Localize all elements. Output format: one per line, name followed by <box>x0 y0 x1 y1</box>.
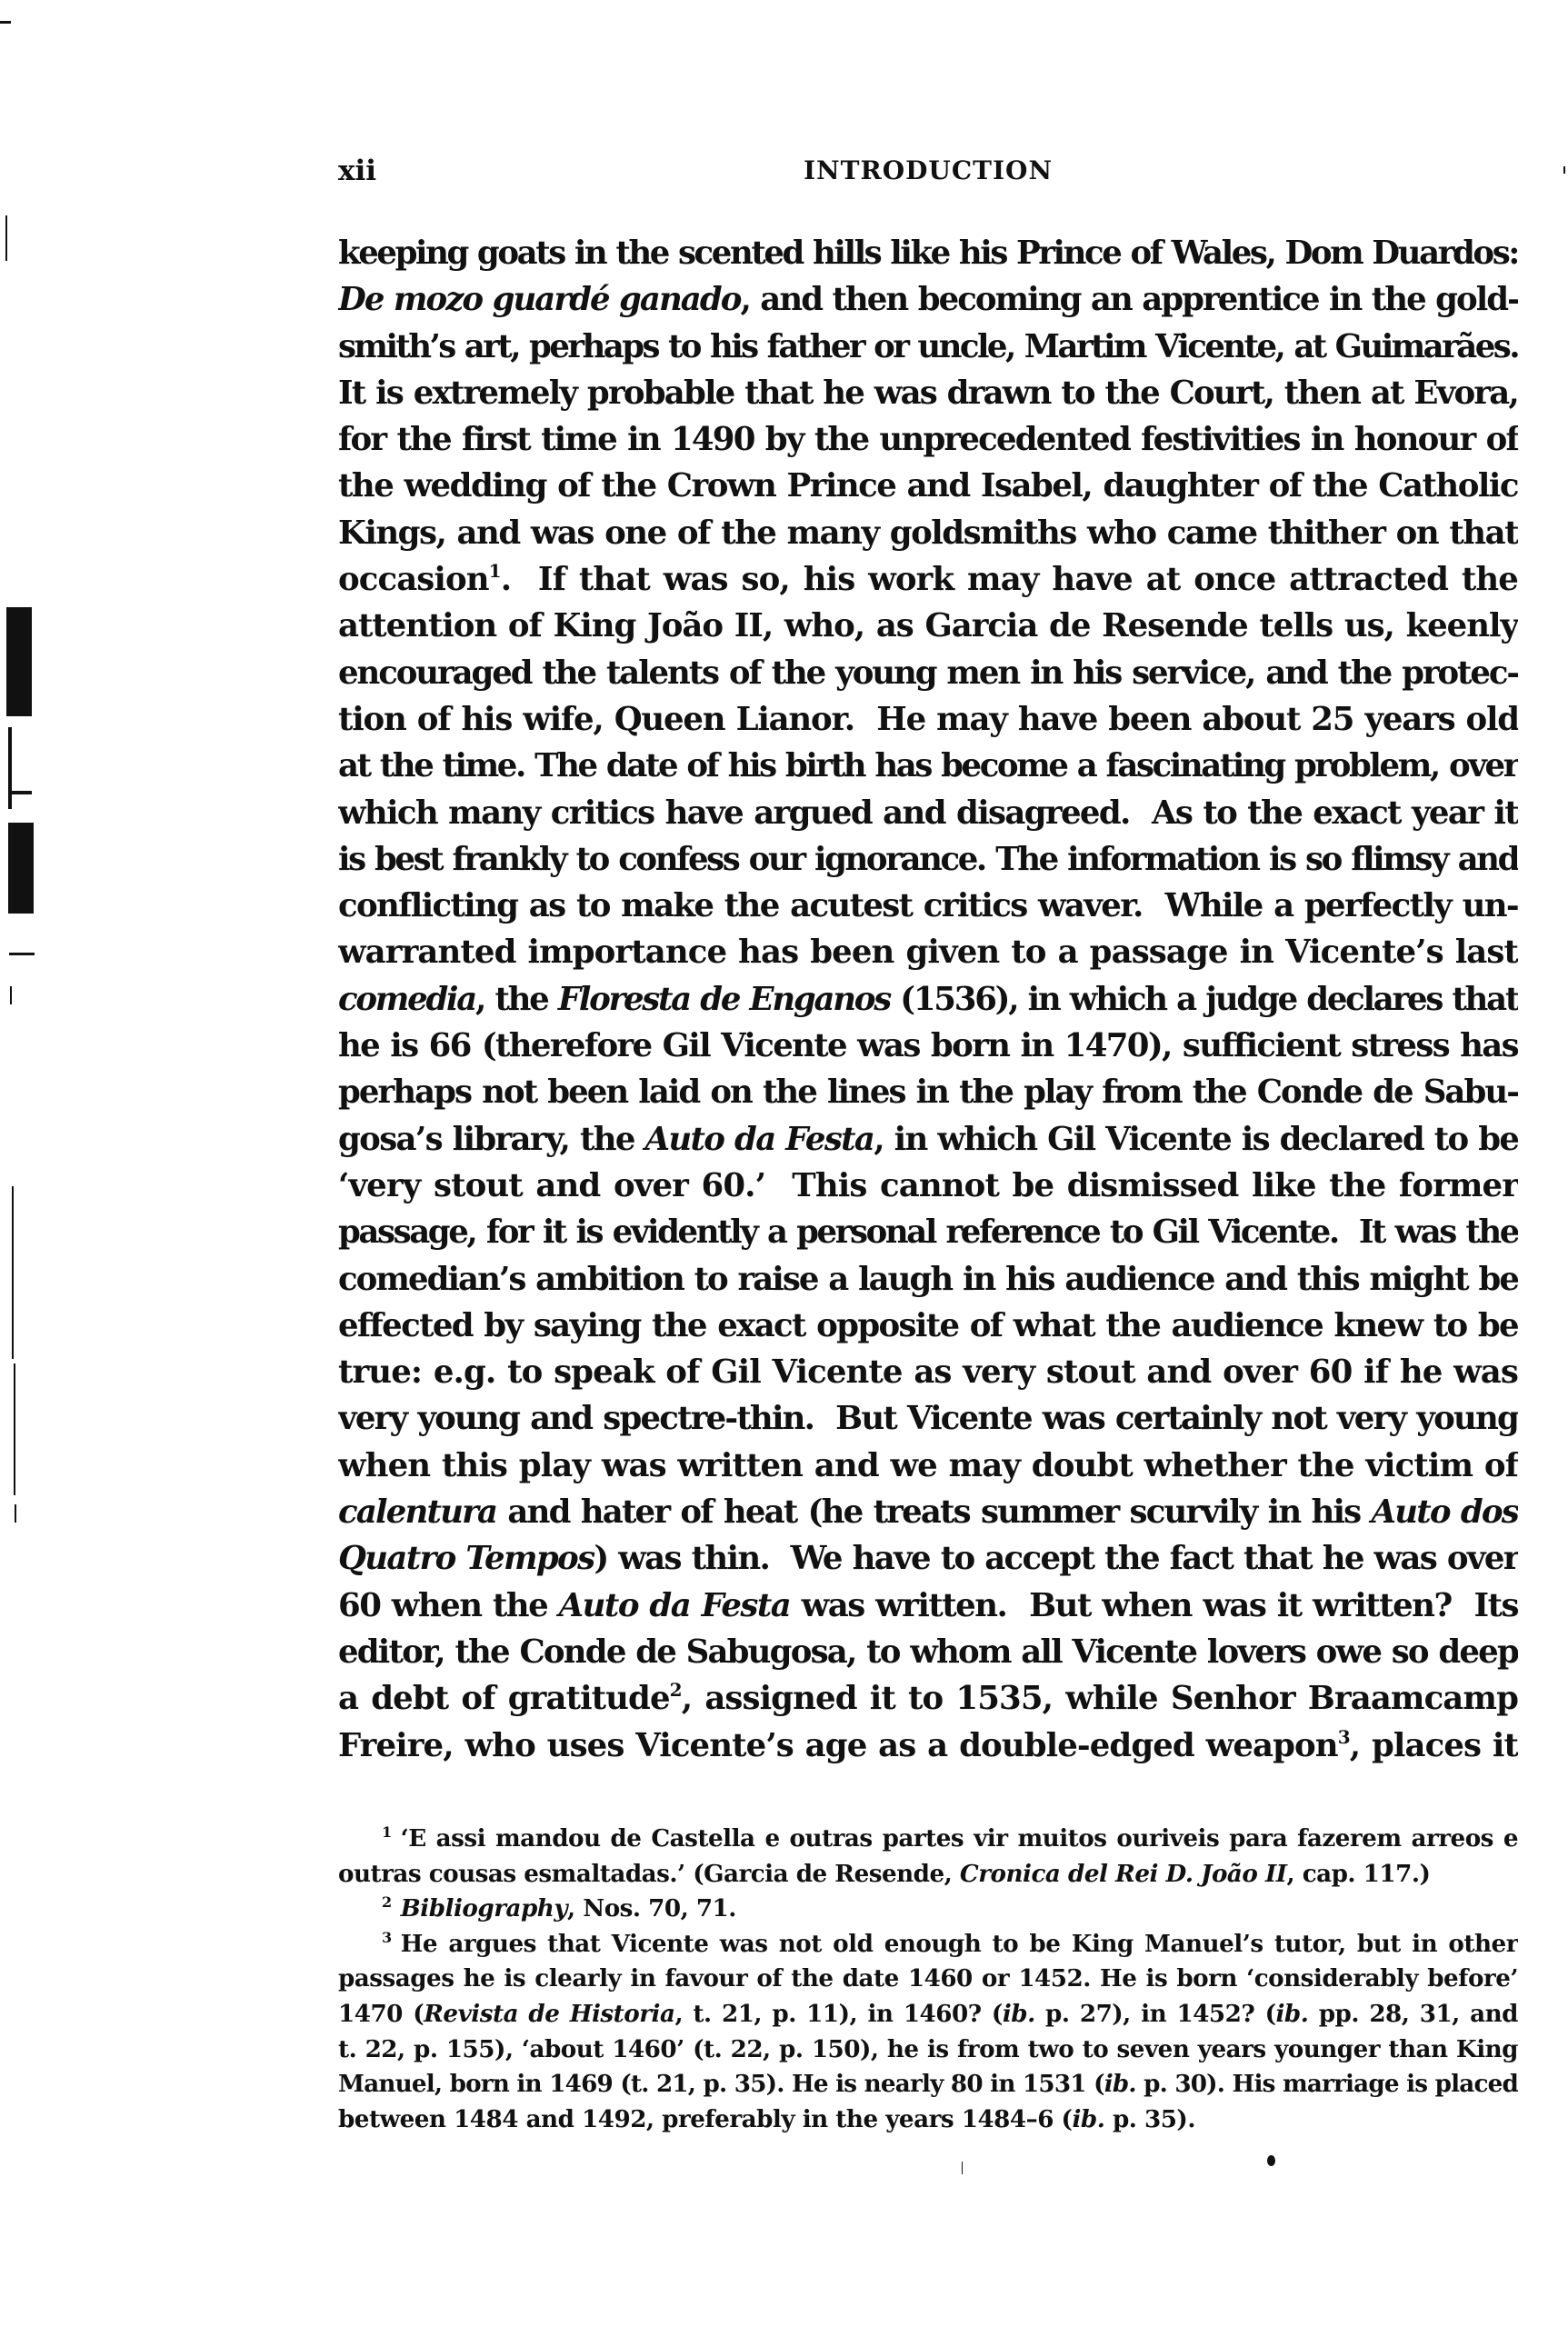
text-run: between 1484 and 1492, preferably in the… <box>338 2105 1072 2133</box>
text-run: passage, for it is evidently a personal … <box>338 1213 1518 1251</box>
text-run: encouraged the talents of the young men … <box>338 654 1518 692</box>
footnote-line: outras cousas esmaltadas.’ (Garcia de Re… <box>338 1857 1518 1893</box>
text-run: a debt of gratitude <box>338 1680 670 1717</box>
text-line: conflicting as to make the acutest criti… <box>338 883 1518 929</box>
text-line: at the time. The date of his birth has b… <box>338 743 1518 789</box>
text-run: gosa’s library, the <box>338 1121 645 1158</box>
text-run: conflicting as to make the acutest criti… <box>338 887 1518 924</box>
text-run: p. 35). <box>1104 2105 1195 2133</box>
text-run: was written. But when was it written? It… <box>790 1587 1518 1624</box>
text-run: , and then becoming an apprentice in the… <box>740 281 1518 318</box>
italic-text: calentura <box>338 1493 496 1531</box>
text-line: Quatro Tempos) was thin. We have to acce… <box>338 1535 1518 1582</box>
text-line: perhaps not been laid on the lines in th… <box>338 1069 1518 1115</box>
text-run: attention of King João II, who, as Garci… <box>338 607 1518 644</box>
text-line: is best frankly to confess our ignorance… <box>338 836 1518 883</box>
running-head: xii INTRODUCTION <box>338 151 1518 191</box>
footnote-reference: 3 <box>1338 1726 1350 1748</box>
text-line: encouraged the talents of the young men … <box>338 650 1518 696</box>
text-line: editor, the Conde de Sabugosa, to whom a… <box>338 1629 1518 1675</box>
scan-artifact-tick <box>1563 166 1565 174</box>
text-run: He argues that Vicente was not old enoug… <box>401 1930 1518 1958</box>
footnote-reference: 1 <box>489 560 501 582</box>
text-run: , cap. 117.) <box>1286 1860 1430 1888</box>
book-page: xii INTRODUCTION keeping goats in the sc… <box>0 0 1568 2327</box>
text-run: Manuel, born in 1469 (t. 21, p. 35). He … <box>338 2070 1104 2098</box>
text-run: editor, the Conde de Sabugosa, to whom a… <box>338 1633 1518 1671</box>
text-line: smith’s art, perhaps to his father or un… <box>338 324 1518 370</box>
text-run: 60 when the <box>338 1587 559 1624</box>
footnote-line: Manuel, born in 1469 (t. 21, p. 35). He … <box>338 2067 1518 2102</box>
text-line: very young and spectre-thin. But Vicente… <box>338 1395 1518 1442</box>
footnote-line: 2Bibliography, Nos. 70, 71. <box>338 1892 1518 1927</box>
scan-artifact-bar <box>6 607 32 716</box>
text-run: passages he is clearly in favour of the … <box>338 1964 1518 1992</box>
scan-artifact-tick <box>962 2162 963 2174</box>
text-line: a debt of gratitude2, assigned it to 153… <box>338 1675 1518 1722</box>
scan-artifact-bar <box>8 791 32 794</box>
text-run: effected by saying the exact opposite of… <box>338 1307 1518 1344</box>
footnote-number: 2 <box>382 1893 392 1911</box>
text-run: ‘very stout and over 60.’ This cannot be… <box>338 1167 1518 1204</box>
text-line: De mozo guardé ganado, and then becoming… <box>338 276 1518 323</box>
text-line: which many critics have argued and disag… <box>338 790 1518 836</box>
text-run: and hater of heat (he treats summer scur… <box>496 1493 1371 1531</box>
scan-artifact-line <box>12 1186 14 1359</box>
text-run: outras cousas esmaltadas.’ (Garcia de Re… <box>338 1860 960 1888</box>
scan-artifact-line <box>5 215 7 261</box>
italic-text: Floresta de Enganos <box>558 981 890 1018</box>
italic-text: ib. <box>1104 2070 1136 2098</box>
text-run: warranted importance has been given to a… <box>338 934 1518 971</box>
text-run: , assigned it to 1535, while Senhor Braa… <box>682 1680 1518 1717</box>
italic-text: ib. <box>1275 2000 1308 2028</box>
text-line: keeping goats in the scented hills like … <box>338 230 1518 276</box>
text-line: Kings, and was one of the many goldsmith… <box>338 510 1518 556</box>
text-run: It is extremely probable that he was dra… <box>338 375 1518 412</box>
text-run: at the time. The date of his birth has b… <box>338 747 1518 784</box>
text-run: comedian’s ambition to raise a laugh in … <box>338 1261 1518 1298</box>
text-run: he is 66 (therefore Gil Vicente was born… <box>338 1027 1518 1064</box>
text-run: keeping goats in the scented hills like … <box>338 235 1518 272</box>
footnote-number: 3 <box>382 1929 392 1946</box>
chapter-title: INTRODUCTION <box>338 151 1518 191</box>
scan-artifact-dot <box>1267 2155 1275 2166</box>
italic-text: Quatro Tempos <box>338 1540 594 1577</box>
text-run: smith’s art, perhaps to his father or un… <box>338 328 1518 365</box>
text-run: the wedding of the Crown Prince and Isab… <box>338 467 1518 504</box>
scan-artifact-line <box>14 1363 15 1495</box>
footnote-line: passages he is clearly in favour of the … <box>338 1962 1518 1997</box>
italic-text: Cronica del Rei D. João II <box>960 1860 1287 1888</box>
text-line: calentura and hater of heat (he treats s… <box>338 1489 1518 1535</box>
text-run: tion of his wife, Queen Lianor. He may h… <box>338 701 1518 738</box>
text-run: perhaps not been laid on the lines in th… <box>338 1074 1518 1111</box>
text-run: very young and spectre-thin. But Vicente… <box>338 1400 1518 1437</box>
footnote-line: 1‘E assi mandou de Castella e outras par… <box>338 1822 1518 1857</box>
text-run: , Nos. 70, 71. <box>567 1894 736 1923</box>
text-line: he is 66 (therefore Gil Vicente was born… <box>338 1023 1518 1069</box>
body-text: keeping goats in the scented hills like … <box>338 230 1518 1769</box>
text-run: , places it <box>1350 1727 1518 1764</box>
text-line: warranted importance has been given to a… <box>338 929 1518 975</box>
italic-text: comedia <box>338 981 475 1018</box>
text-run: p. 30). His marriage is placed <box>1136 2070 1518 2098</box>
scan-artifact-dash <box>0 21 11 24</box>
text-run: true: e.g. to speak of Gil Vicente as ve… <box>338 1353 1518 1391</box>
footnote-line: t. 22, p. 155), ‘about 1460’ (t. 22, p. … <box>338 2032 1518 2068</box>
italic-text: ib. <box>1072 2105 1104 2133</box>
text-line: effected by saying the exact opposite of… <box>338 1303 1518 1349</box>
text-line: occasion1. If that was so, his work may … <box>338 556 1518 603</box>
text-run: when this play was written and we may do… <box>338 1447 1518 1484</box>
text-line: It is extremely probable that he was dra… <box>338 370 1518 416</box>
text-line: when this play was written and we may do… <box>338 1443 1518 1489</box>
text-line: Freire, who uses Vicente’s age as a doub… <box>338 1723 1518 1769</box>
italic-text: Auto da Festa <box>559 1587 791 1624</box>
footnote-line: between 1484 and 1492, preferably in the… <box>338 2102 1518 2138</box>
text-run: . If that was so, his work may have at o… <box>501 561 1518 598</box>
text-line: attention of King João II, who, as Garci… <box>338 603 1518 649</box>
text-run: , in which Gil Vicente is declared to be <box>874 1121 1518 1158</box>
footnote-line: 1470 (Revista de Historia, t. 21, p. 11)… <box>338 1997 1518 2032</box>
text-run: ‘E assi mandou de Castella e outras part… <box>401 1824 1518 1853</box>
text-run: occasion <box>338 561 489 598</box>
scan-artifact-bar <box>8 727 12 809</box>
footnote-number: 1 <box>382 1823 392 1841</box>
footnotes: 1‘E assi mandou de Castella e outras par… <box>338 1822 1518 2137</box>
text-line: comedian’s ambition to raise a laugh in … <box>338 1256 1518 1303</box>
scan-artifact-dash <box>9 953 35 955</box>
text-run: t. 22, p. 155), ‘about 1460’ (t. 22, p. … <box>338 2035 1518 2063</box>
text-run: 1470 ( <box>338 2000 424 2028</box>
text-line: true: e.g. to speak of Gil Vicente as ve… <box>338 1349 1518 1395</box>
italic-text: Bibliography <box>401 1894 567 1923</box>
text-run: pp. 28, 31, and <box>1308 2000 1518 2028</box>
footnote-line: 3He argues that Vicente was not old enou… <box>338 1927 1518 1962</box>
scan-artifact-line <box>15 1504 16 1523</box>
text-line: gosa’s library, the Auto da Festa, in wh… <box>338 1116 1518 1163</box>
text-line: tion of his wife, Queen Lianor. He may h… <box>338 696 1518 743</box>
italic-text: Revista de Historia <box>424 2000 674 2028</box>
text-run: p. 27), in 1452? ( <box>1035 2000 1276 2028</box>
text-run: , the <box>475 981 558 1018</box>
text-run: which many critics have argued and disag… <box>338 794 1518 832</box>
text-run: is best frankly to confess our ignorance… <box>338 841 1518 878</box>
text-line: passage, for it is evidently a personal … <box>338 1209 1518 1255</box>
text-line: 60 when the Auto da Festa was written. B… <box>338 1583 1518 1629</box>
text-run: for the first time in 1490 by the unprec… <box>338 421 1518 458</box>
italic-text: Auto da Festa <box>645 1121 874 1158</box>
footnote-reference: 2 <box>670 1679 682 1701</box>
text-run: ) was thin. We have to accept the fact t… <box>594 1540 1518 1577</box>
text-line: the wedding of the Crown Prince and Isab… <box>338 463 1518 509</box>
text-run: Freire, who uses Vicente’s age as a doub… <box>338 1727 1338 1764</box>
italic-text: ib. <box>1003 2000 1035 2028</box>
text-run: , t. 21, p. 11), in 1460? ( <box>674 2000 1002 2028</box>
italic-text: De mozo guardé ganado <box>338 281 740 318</box>
italic-text: Auto dos <box>1372 1493 1518 1531</box>
text-line: comedia, the Floresta de Enganos (1536),… <box>338 976 1518 1023</box>
scan-artifact-line <box>10 986 12 1004</box>
text-run: (1536), in which a judge declares that <box>890 981 1518 1018</box>
scan-artifact-bar <box>8 823 34 914</box>
text-run: Kings, and was one of the many goldsmith… <box>338 514 1518 552</box>
text-line: ‘very stout and over 60.’ This cannot be… <box>338 1163 1518 1209</box>
text-line: for the first time in 1490 by the unprec… <box>338 416 1518 463</box>
